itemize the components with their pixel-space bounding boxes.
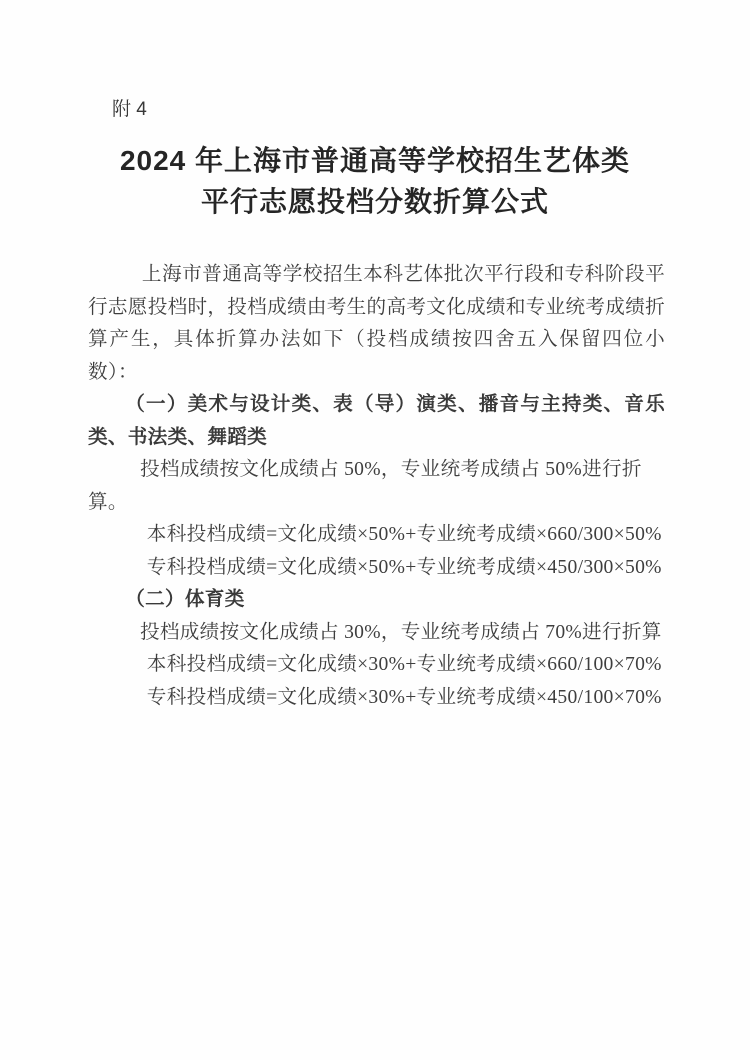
- document-body: 上海市普通高等学校招生本科艺体批次平行段和专科阶段平行志愿投档时，投档成绩由考生…: [88, 259, 665, 714]
- attachment-label: 附 4: [112, 96, 750, 124]
- title-line-1: 2024 年上海市普通高等学校招生艺体类: [0, 140, 750, 181]
- section-2-formula-zhuanke: 专科投档成绩=文化成绩×30%+专业统考成绩×450/100×70%: [88, 682, 665, 715]
- document-page: 附 4 2024 年上海市普通高等学校招生艺体类 平行志愿投档分数折算公式 上海…: [0, 0, 750, 1060]
- section-1-formula-benke: 本科投档成绩=文化成绩×50%+专业统考成绩×660/300×50%: [88, 519, 665, 552]
- section-1-heading: （一）美术与设计类、表（导）演类、播音与主持类、音乐类、书法类、舞蹈类: [88, 389, 665, 454]
- section-2-heading: （二）体育类: [88, 584, 665, 617]
- section-2-rule: 投档成绩按文化成绩占 30%，专业统考成绩占 70%进行折算: [88, 617, 665, 650]
- section-2-formula-benke: 本科投档成绩=文化成绩×30%+专业统考成绩×660/100×70%: [88, 649, 665, 682]
- title-line-2: 平行志愿投档分数折算公式: [0, 181, 750, 222]
- section-1-rule: 投档成绩按文化成绩占 50%，专业统考成绩占 50%进行折算。: [88, 454, 665, 519]
- intro-paragraph: 上海市普通高等学校招生本科艺体批次平行段和专科阶段平行志愿投档时，投档成绩由考生…: [88, 259, 665, 389]
- document-title: 2024 年上海市普通高等学校招生艺体类 平行志愿投档分数折算公式: [0, 140, 750, 222]
- section-1-formula-zhuanke: 专科投档成绩=文化成绩×50%+专业统考成绩×450/300×50%: [88, 552, 665, 585]
